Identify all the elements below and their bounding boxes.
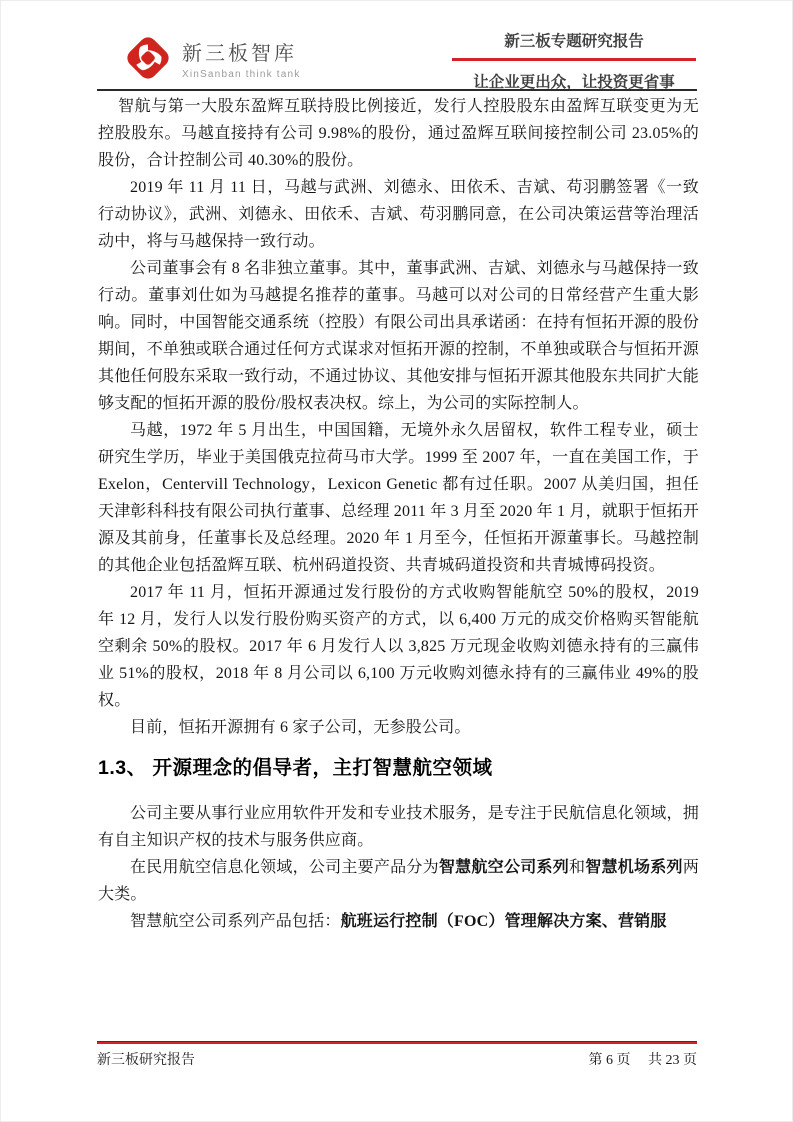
paragraph: 在民用航空信息化领域，公司主要产品分为智慧航空公司系列和智慧机场系列两大类。 <box>98 854 699 908</box>
paragraph: 智慧航空公司系列产品包括：航班运行控制（FOC）管理解决方案、营销服 <box>98 908 699 935</box>
text-run: 智慧航空公司系列产品包括： <box>130 913 341 930</box>
paragraph: 2019 年 11 月 11 日，马越与武洲、刘德永、田依禾、吉斌、苟羽鹏签署《… <box>98 174 699 255</box>
xinsanban-swirl-logo-icon <box>122 30 174 86</box>
logo-text: 新三板智库 XinSanban think tank <box>182 37 301 80</box>
document-body: 智航与第一大股东盈辉互联持股比例接近，发行人控股股东由盈辉互联变更为无控股股东。… <box>98 93 699 935</box>
text-run: 2019 年 11 月 11 日，马越与武洲、刘德永、田依禾、吉斌、苟羽鹏签署《… <box>98 179 699 250</box>
header-divider-line <box>97 89 697 91</box>
bold-text-run: 智慧航空公司系列 <box>439 859 569 876</box>
footer-page-number: 第 6 页 <box>589 1049 631 1069</box>
section-heading: 1.3、 开源理念的倡导者，主打智慧航空领域 <box>98 754 699 782</box>
text-run: 马越，1972 年 5 月出生，中国国籍，无境外永久居留权，软件工程专业，硕士研… <box>98 422 699 574</box>
paragraph: 智航与第一大股东盈辉互联持股比例接近，发行人控股股东由盈辉互联变更为无控股股东。… <box>98 93 699 174</box>
header-right-block: 新三板专题研究报告 让企业更出众，让投资更省事 <box>452 29 696 92</box>
page-footer: 新三板研究报告 第 6 页 共 23 页 <box>97 1041 697 1069</box>
paragraph: 目前，恒拓开源拥有 6 家子公司，无参股公司。 <box>98 714 699 741</box>
report-type-title: 新三板专题研究报告 <box>452 29 696 58</box>
header-slogan: 让企业更出众，让投资更省事 <box>452 61 696 92</box>
brand-name: 新三板智库 <box>182 37 301 66</box>
text-run: 公司董事会有 8 名非独立董事。其中，董事武洲、吉斌、刘德永与马越保持一致行动。… <box>98 260 699 412</box>
text-run: 目前，恒拓开源拥有 6 家子公司，无参股公司。 <box>130 719 471 736</box>
bold-text-run: 航班运行控制（FOC）管理解决方案、营销服 <box>341 913 667 930</box>
paragraph: 2017 年 11 月，恒拓开源通过发行股份的方式收购智能航空 50%的股权，2… <box>98 579 699 714</box>
footer-report-series: 新三板研究报告 <box>97 1049 195 1069</box>
paragraph: 马越，1972 年 5 月出生，中国国籍，无境外永久居留权，软件工程专业，硕士研… <box>98 417 699 579</box>
text-run: 2017 年 11 月，恒拓开源通过发行股份的方式收购智能航空 50%的股权，2… <box>98 584 699 709</box>
page-header: 新三板智库 XinSanban think tank 新三板专题研究报告 让企业… <box>1 1 792 91</box>
text-run: 和 <box>569 859 585 876</box>
text-run: 在民用航空信息化领域，公司主要产品分为 <box>130 859 439 876</box>
paragraph: 公司董事会有 8 名非独立董事。其中，董事武洲、吉斌、刘德永与马越保持一致行动。… <box>98 255 699 417</box>
logo: 新三板智库 XinSanban think tank <box>122 30 301 86</box>
text-run: 智航与第一大股东盈辉互联持股比例接近，发行人控股股东由盈辉互联变更为无控股股东。… <box>98 98 699 169</box>
footer-page-total: 共 23 页 <box>648 1049 697 1069</box>
report-page: 新三板智库 XinSanban think tank 新三板专题研究报告 让企业… <box>0 0 793 1122</box>
footer-page-info: 第 6 页 共 23 页 <box>589 1049 698 1069</box>
text-run: 公司主要从事行业应用软件开发和专业技术服务，是专注于民航信息化领域，拥有自主知识… <box>98 805 699 849</box>
paragraph: 公司主要从事行业应用软件开发和专业技术服务，是专注于民航信息化领域，拥有自主知识… <box>98 800 699 854</box>
brand-subtitle: XinSanban think tank <box>182 69 301 80</box>
bold-text-run: 智慧机场系列 <box>585 859 683 876</box>
